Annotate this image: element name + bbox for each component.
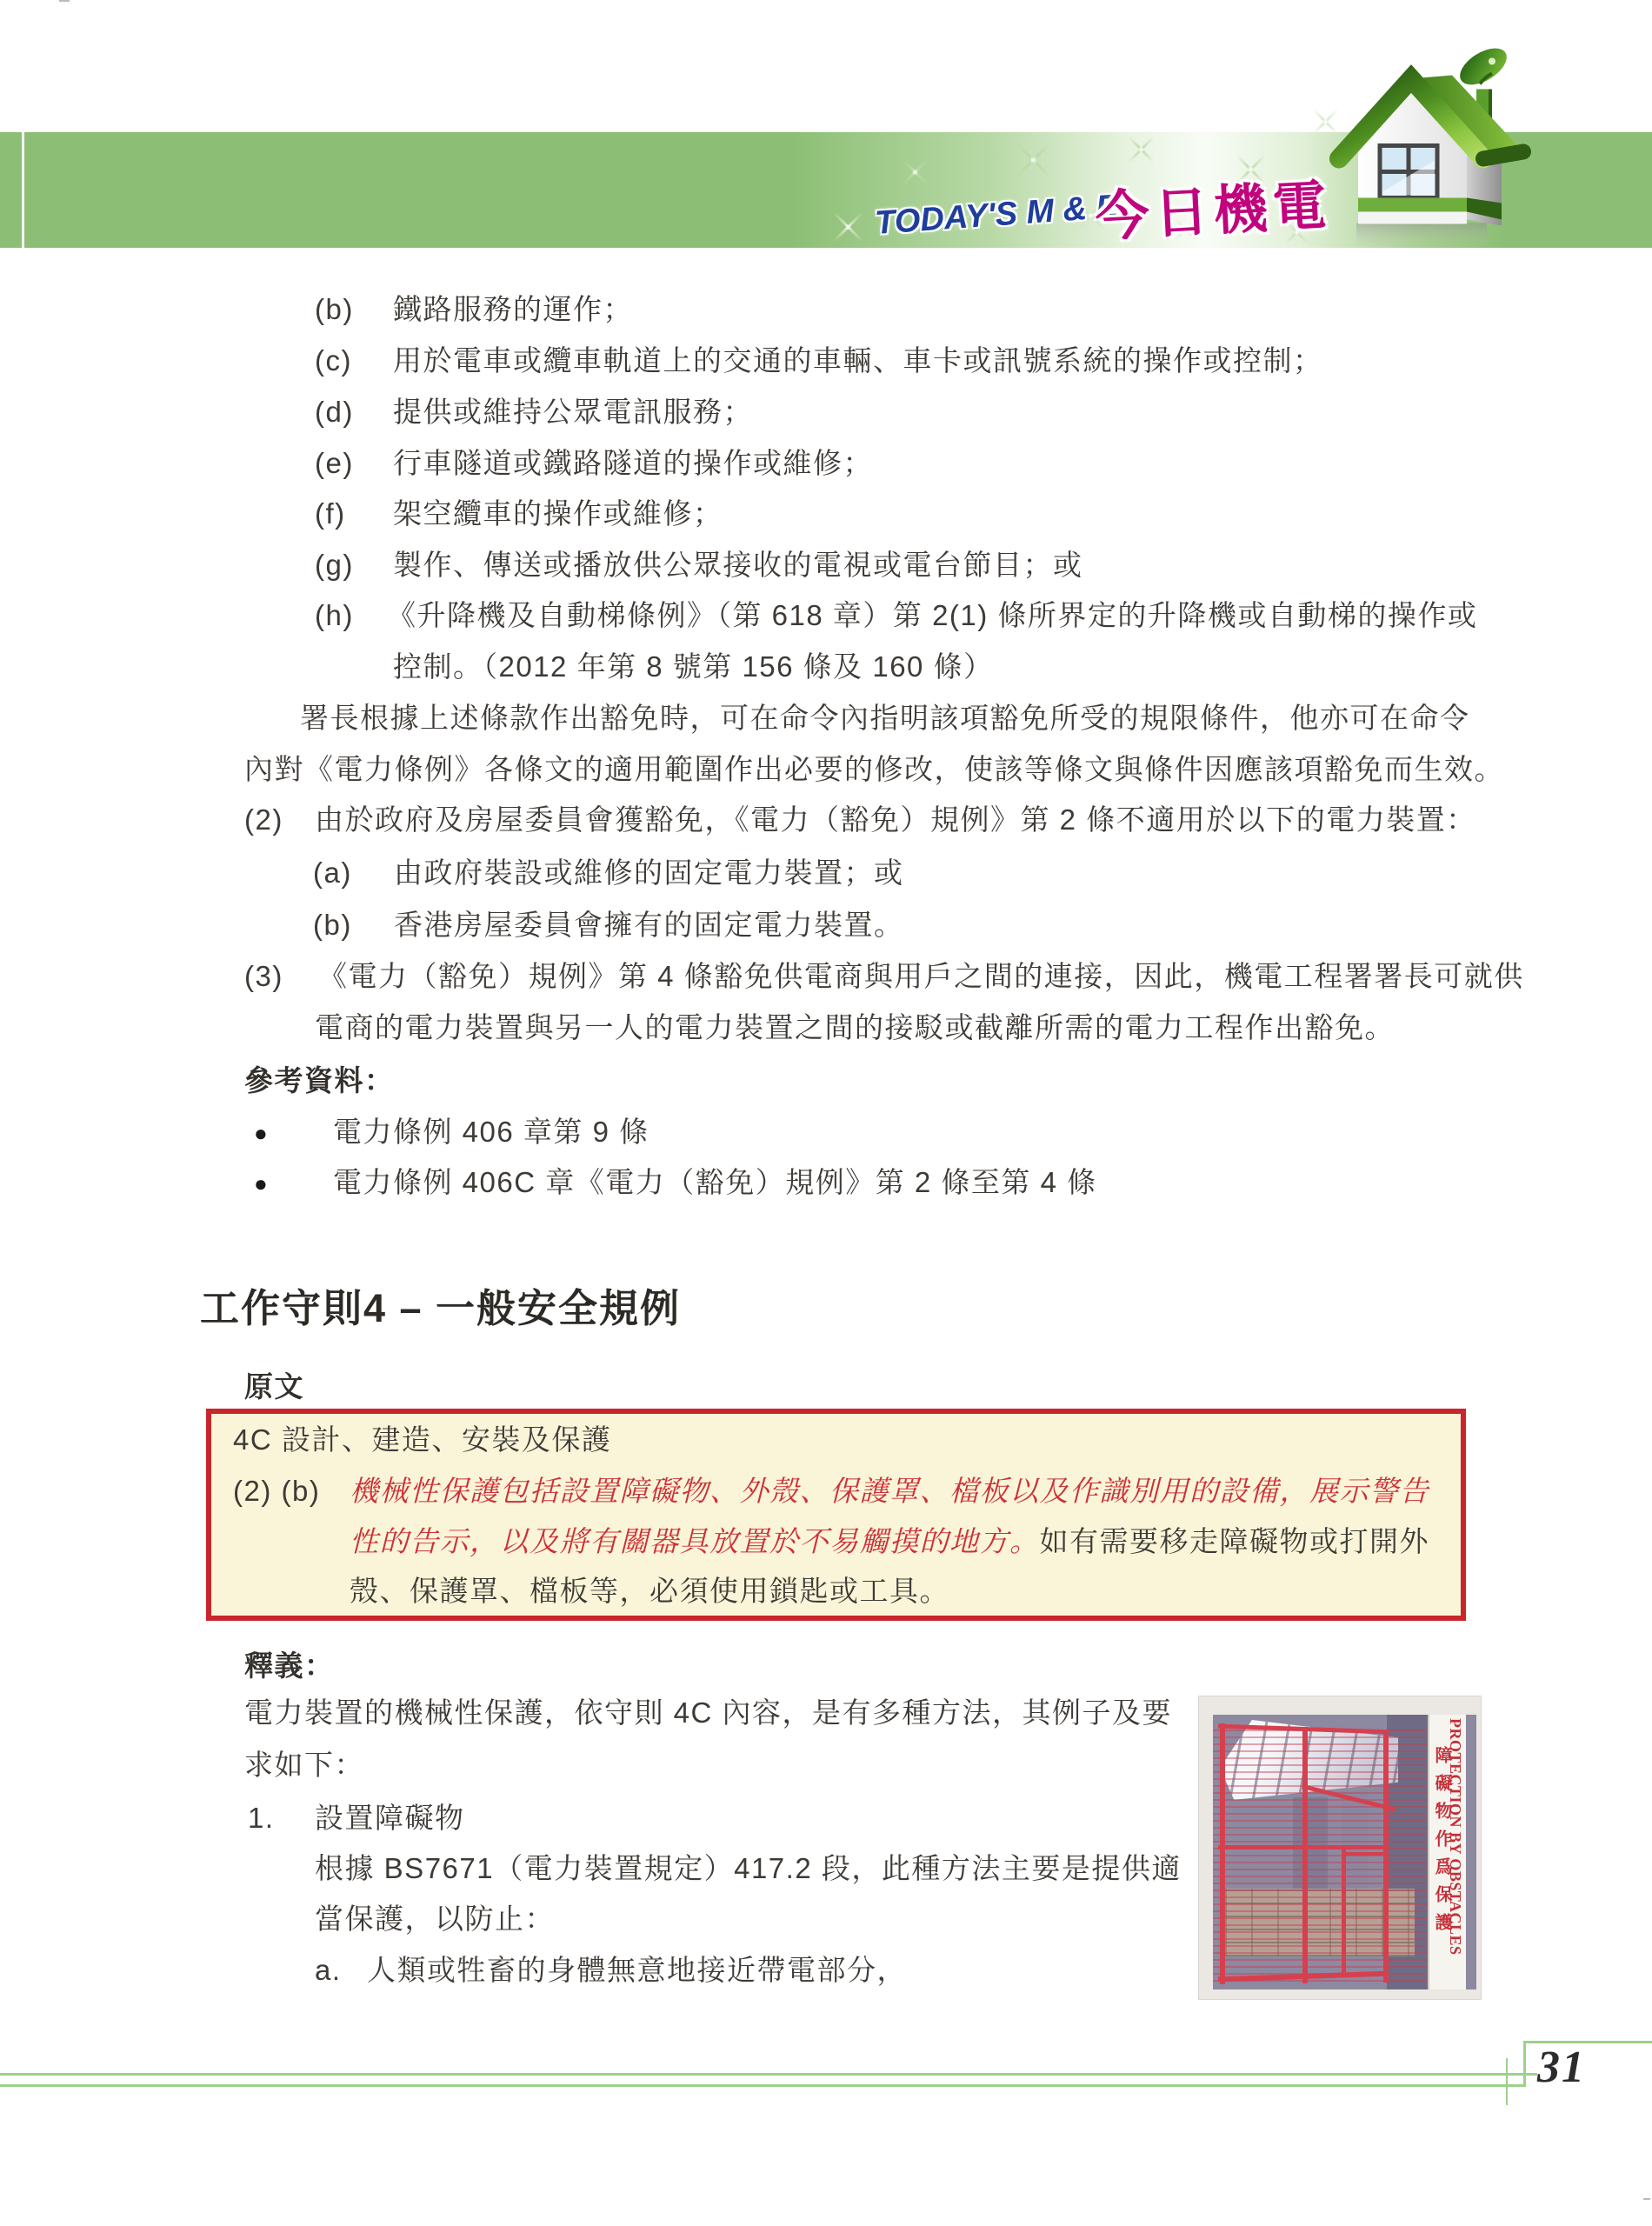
interp-line: 求如下：: [244, 1749, 364, 1783]
numbered-item-text: 根據 BS7671（電力裝置規定）417.2 段，此種方法主要是提供適: [315, 1852, 1182, 1886]
document-page: TODAY'S M & E 今日機電: [0, 0, 1652, 2226]
footer-rule: [0, 2084, 1525, 2087]
barrier-photo: 障礙物作爲保護 PROTECTION BY OBSTACLES: [1198, 1696, 1482, 2000]
bullet-icon: ●: [254, 1120, 269, 1147]
box-black-text: 殼、保護罩、檔板等，必須使用鎖匙或工具。: [350, 1575, 949, 1609]
list-item-label: (f): [315, 497, 346, 531]
sparkle-icon: [1010, 137, 1056, 183]
list-item-label: (a): [313, 856, 352, 890]
footer-rule: [1523, 2041, 1526, 2087]
list-item-text: 行車隧道或鐵路隧道的操作或維修；: [393, 447, 873, 481]
list-item-text: 《升降機及自動梯條例》（第 618 章）第 2(1) 條所界定的升降機或自動梯的…: [387, 599, 1477, 633]
numbered-item-label: 1.: [248, 1802, 275, 1836]
list-item-text: 鐵路服務的運作；: [393, 293, 633, 327]
list-item-label: (2): [244, 803, 283, 837]
photo-caption-strip: 障礙物作爲保護 PROTECTION BY OBSTACLES: [1428, 1715, 1466, 1989]
subheading-original: 原文: [244, 1370, 304, 1404]
photo-red-bar: [1342, 1845, 1346, 1976]
box-black-text: 如有需要移走障礙物或打開外: [1040, 1525, 1430, 1557]
section-heading: 工作守則4 – 一般安全規例: [200, 1276, 681, 1333]
sparkle-icon: [897, 155, 932, 190]
sparkle-icon: [828, 207, 868, 247]
photo-red-bar: [1220, 1723, 1225, 1984]
numbered-item-title: 設置障礙物: [315, 1802, 465, 1836]
list-item-text: 《電力（豁免）規例》第 4 條豁免供電商與用戶之間的連接，因此，機電工程署署長可…: [318, 960, 1524, 994]
references-heading: 參考資料：: [244, 1064, 395, 1098]
sparkle-icon: [1123, 132, 1158, 167]
list-item-label: (d): [315, 396, 354, 430]
list-item-label: (g): [315, 549, 354, 583]
house-logo-icon: [1322, 19, 1548, 254]
list-item-label: (h): [315, 599, 354, 633]
box-clause-title: 4C 設計、建造、安裝及保護: [233, 1423, 611, 1457]
list-item-text: 用於電車或纜車軌道上的交通的車輛、車卡或訊號系統的操作或控制；: [393, 344, 1323, 378]
box-mixed-line: 性的告示，以及將有關器具放置於不易觸摸的地方。如有需要移走障礙物或打開外: [350, 1525, 1429, 1559]
interp-line: 電力裝置的機械性保護，依守則 4C 內容，是有多種方法，其例子及要: [244, 1696, 1172, 1730]
numbered-item-text: 當保護，以防止：: [315, 1903, 555, 1936]
list-item-text: 電商的電力裝置與另一人的電力裝置之間的接駁或截離所需的電力工程作出豁免。: [315, 1011, 1395, 1045]
reference-item: 電力條例 406C 章《電力（豁免）規例》第 2 條至第 4 條: [333, 1166, 1097, 1200]
sub-item-text: 人類或牲畜的身體無意地接近帶電部分，: [367, 1954, 907, 1988]
photo-red-mesh: [1213, 1725, 1428, 1982]
photo-red-bar: [1302, 1727, 1308, 1983]
photo-red-bar: [1218, 1845, 1389, 1849]
photo-caption-en: PROTECTION BY OBSTACLES: [1446, 1718, 1464, 1956]
footer-rule: [1506, 2058, 1508, 2105]
barrier-photo-image: 障礙物作爲保護 PROTECTION BY OBSTACLES: [1213, 1715, 1476, 1989]
list-item-text: 提供或維持公眾電訊服務；: [393, 396, 753, 430]
photo-red-bar: [1345, 1852, 1383, 1856]
bullet-icon: ●: [254, 1170, 269, 1197]
crop-mark: [1643, 2198, 1650, 2200]
crop-mark: [59, 0, 70, 2]
list-item-text: 製作、傳送或播放供公眾接收的電視或電台節目；或: [393, 549, 1083, 583]
box-clause-label: (2) (b): [233, 1475, 320, 1509]
list-item-label: (e): [315, 447, 354, 481]
list-item-text: 由於政府及房屋委員會獲豁免，《電力（豁免）規例》第 2 條不適用於以下的電力裝置…: [315, 803, 1476, 837]
list-item-label: (b): [313, 909, 352, 943]
list-item-label: (c): [315, 344, 352, 378]
list-item-text: 香港房屋委員會擁有的固定電力裝置。: [394, 909, 904, 943]
box-red-text: 機械性保護包括設置障礙物、外殼、保護罩、檔板以及作識別用的設備，展示警告: [350, 1475, 1429, 1509]
subheading-interpretation: 釋義：: [244, 1650, 335, 1683]
sub-item-label: a.: [315, 1954, 342, 1988]
header-band-gap: [22, 132, 24, 248]
list-item-label: (b): [315, 293, 354, 327]
paragraph-line: 內對《電力條例》各條文的適用範圍作出必要的修改，使該等條文與條件因應該項豁免而生…: [244, 753, 1504, 787]
page-number: 31: [1537, 2042, 1586, 2093]
brand-title-zh: 今日機電: [1093, 162, 1333, 251]
footer-rule: [0, 2073, 1537, 2076]
list-item-text: 由政府裝設或維修的固定電力裝置；或: [394, 856, 904, 890]
reference-item: 電力條例 406 章第 9 條: [333, 1116, 649, 1150]
list-item-text: 架空纜車的操作或維修；: [393, 497, 723, 531]
list-item-text: 控制。（2012 年第 8 號第 156 條及 160 條）: [393, 650, 994, 684]
paragraph-line: 署長根據上述條款作出豁免時，可在命令內指明該項豁免所受的規限條件，他亦可在命令: [300, 702, 1470, 736]
photo-red-bar: [1383, 1732, 1389, 1983]
list-item-label: (3): [244, 960, 283, 994]
box-red-text: 性的告示，以及將有關器具放置於不易觸摸的地方。: [350, 1525, 1040, 1557]
